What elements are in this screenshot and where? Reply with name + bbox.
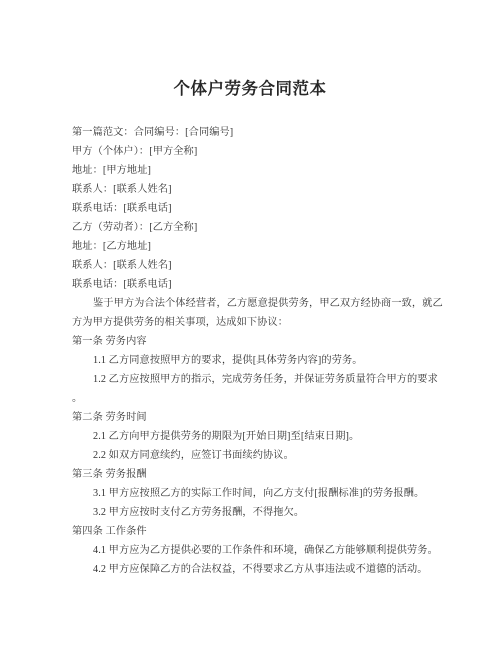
document-line: 4.1 甲方应为乙方提供必要的工作条件和环境，确保乙方能够顺利提供劳务。 xyxy=(72,541,442,560)
document-line: 地址：[乙方地址] xyxy=(72,237,442,256)
document-line: 4.2 甲方应保障乙方的合法权益，不得要求乙方从事违法或不道德的活动。 xyxy=(72,560,442,579)
document-page: 个体户劳务合同范本 第一篇范文：合同编号：[合同编号]甲方（个体户）：[甲方全称… xyxy=(0,0,500,647)
document-line: 联系电话：[联系电话] xyxy=(72,275,442,294)
document-line: 1.1 乙方同意按照甲方的要求，提供[具体劳务内容]的劳务。 xyxy=(72,351,442,370)
document-body: 第一篇范文：合同编号：[合同编号]甲方（个体户）：[甲方全称]地址：[甲方地址]… xyxy=(0,123,500,579)
document-line: 1.2 乙方应按照甲方的指示，完成劳务任务，并保证劳务质量符合甲方的要求 xyxy=(72,370,442,389)
document-line: 方为甲方提供劳务的相关事项，达成如下协议： xyxy=(72,313,442,332)
document-line: 第四条 工作条件 xyxy=(72,522,442,541)
document-line: 联系人：[联系人姓名] xyxy=(72,180,442,199)
document-line: 甲方（个体户）：[甲方全称] xyxy=(72,142,442,161)
document-line: 2.1 乙方向甲方提供劳务的期限为[开始日期]至[结束日期]。 xyxy=(72,427,442,446)
document-line: 第二条 劳务时间 xyxy=(72,408,442,427)
document-line: 3.2 甲方应按时支付乙方劳务报酬，不得拖欠。 xyxy=(72,503,442,522)
document-title: 个体户劳务合同范本 xyxy=(0,0,500,100)
document-line: 第一篇范文：合同编号：[合同编号] xyxy=(72,123,442,142)
document-line: 第三条 劳务报酬 xyxy=(72,465,442,484)
document-line: 地址：[甲方地址] xyxy=(72,161,442,180)
document-line: 联系人：[联系人姓名] xyxy=(72,256,442,275)
document-line: 联系电话：[联系电话] xyxy=(72,199,442,218)
document-line: 鉴于甲方为合法个体经营者，乙方愿意提供劳务，甲乙双方经协商一致，就乙 xyxy=(72,294,442,313)
document-line: 3.1 甲方应按照乙方的实际工作时间，向乙方支付[报酬标准]的劳务报酬。 xyxy=(72,484,442,503)
document-line: 。 xyxy=(72,389,442,408)
document-line: 第一条 劳务内容 xyxy=(72,332,442,351)
document-line: 乙方（劳动者）：[乙方全称] xyxy=(72,218,442,237)
document-line: 2.2 如双方同意续约，应签订书面续约协议。 xyxy=(72,446,442,465)
